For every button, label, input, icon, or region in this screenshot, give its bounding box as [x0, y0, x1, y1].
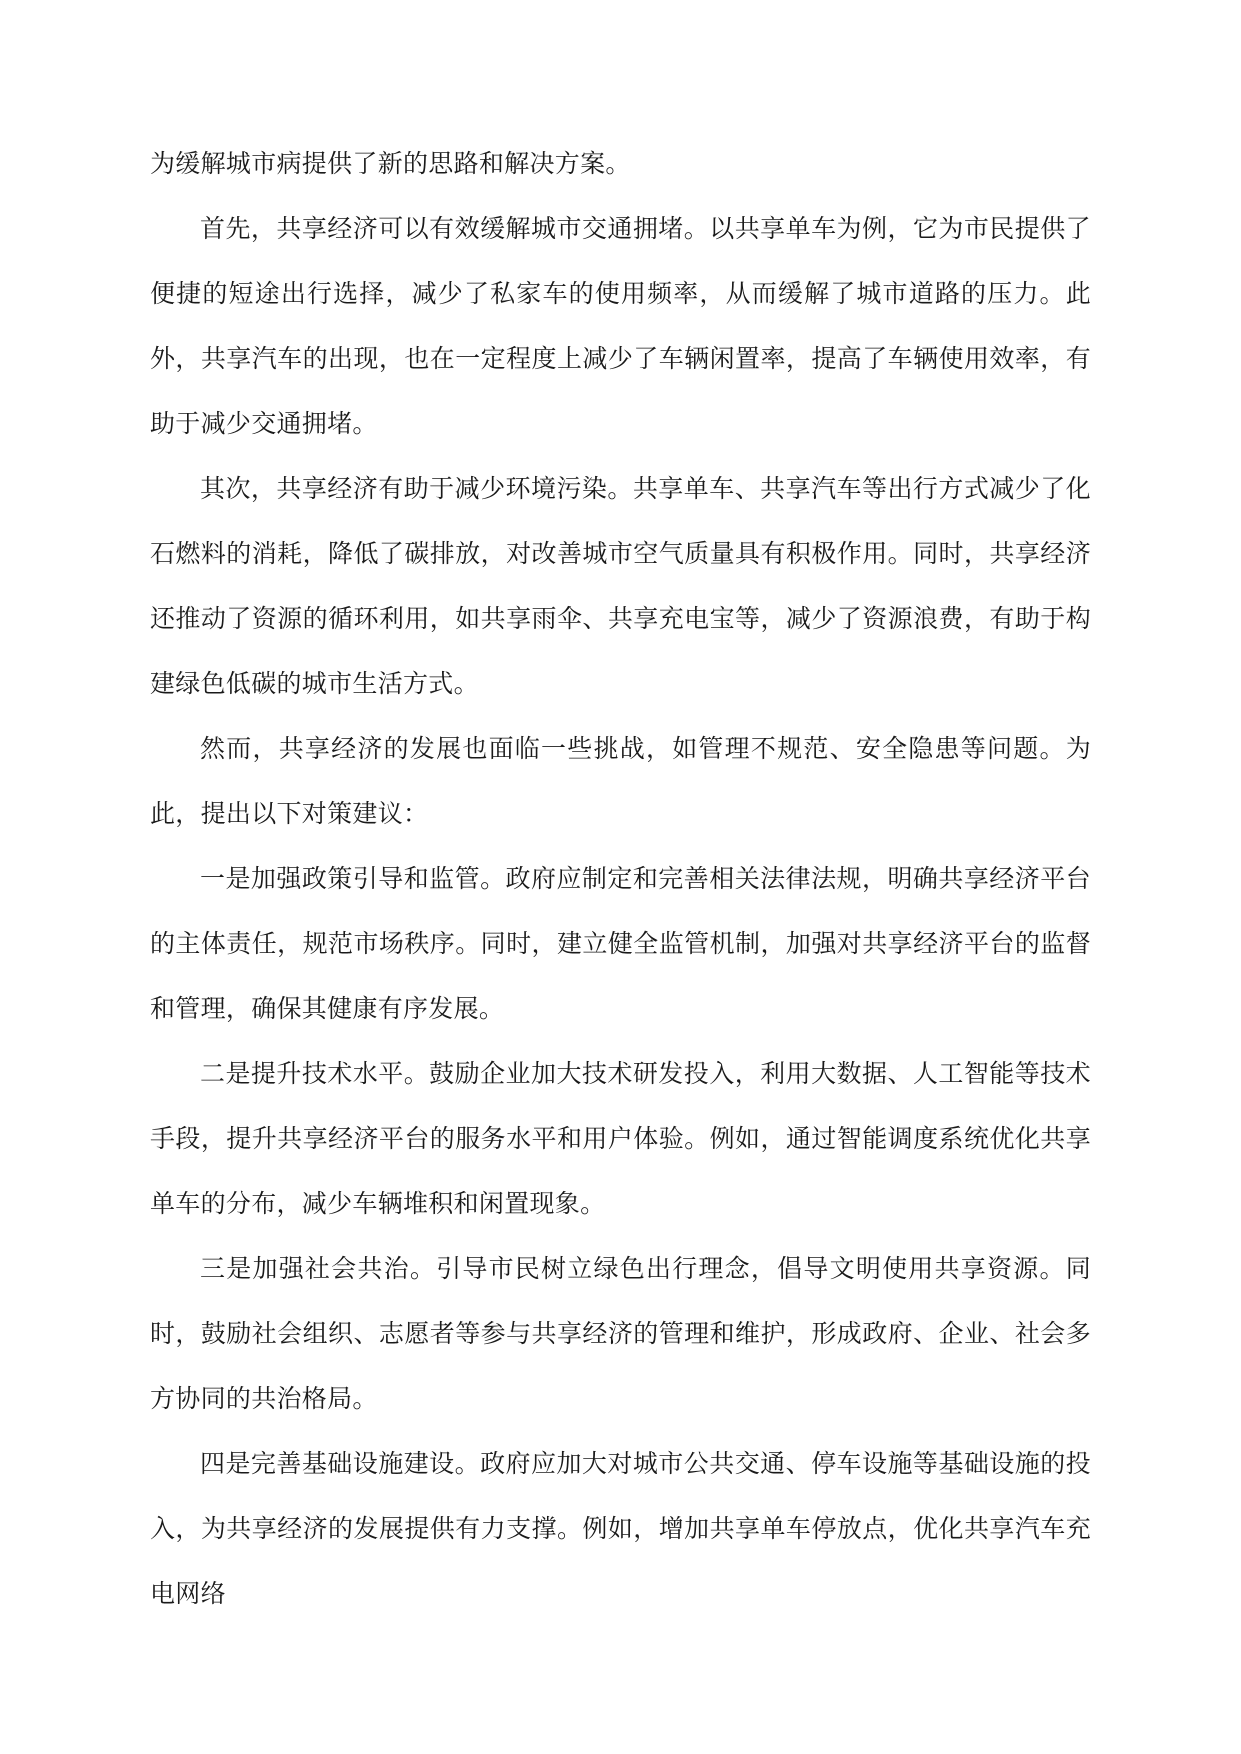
paragraph: 二是提升技术水平。鼓励企业加大技术研发投入，利用大数据、人工智能等技术手段，提升…: [150, 1042, 1091, 1237]
paragraph: 其次，共享经济有助于减少环境污染。共享单车、共享汽车等出行方式减少了化石燃料的消…: [150, 457, 1091, 717]
paragraph: 一是加强政策引导和监管。政府应制定和完善相关法律法规，明确共享经济平台的主体责任…: [150, 847, 1091, 1042]
paragraph: 四是完善基础设施建设。政府应加大对城市公共交通、停车设施等基础设施的投入，为共享…: [150, 1432, 1091, 1627]
document-body: 为缓解城市病提供了新的思路和解决方案。首先，共享经济可以有效缓解城市交通拥堵。以…: [150, 132, 1091, 1627]
document-page: 为缓解城市病提供了新的思路和解决方案。首先，共享经济可以有效缓解城市交通拥堵。以…: [0, 0, 1241, 1754]
paragraph: 为缓解城市病提供了新的思路和解决方案。: [150, 132, 1091, 197]
paragraph: 三是加强社会共治。引导市民树立绿色出行理念，倡导文明使用共享资源。同时，鼓励社会…: [150, 1237, 1091, 1432]
paragraph: 首先，共享经济可以有效缓解城市交通拥堵。以共享单车为例，它为市民提供了便捷的短途…: [150, 197, 1091, 457]
paragraph: 然而，共享经济的发展也面临一些挑战，如管理不规范、安全隐患等问题。为此，提出以下…: [150, 717, 1091, 847]
